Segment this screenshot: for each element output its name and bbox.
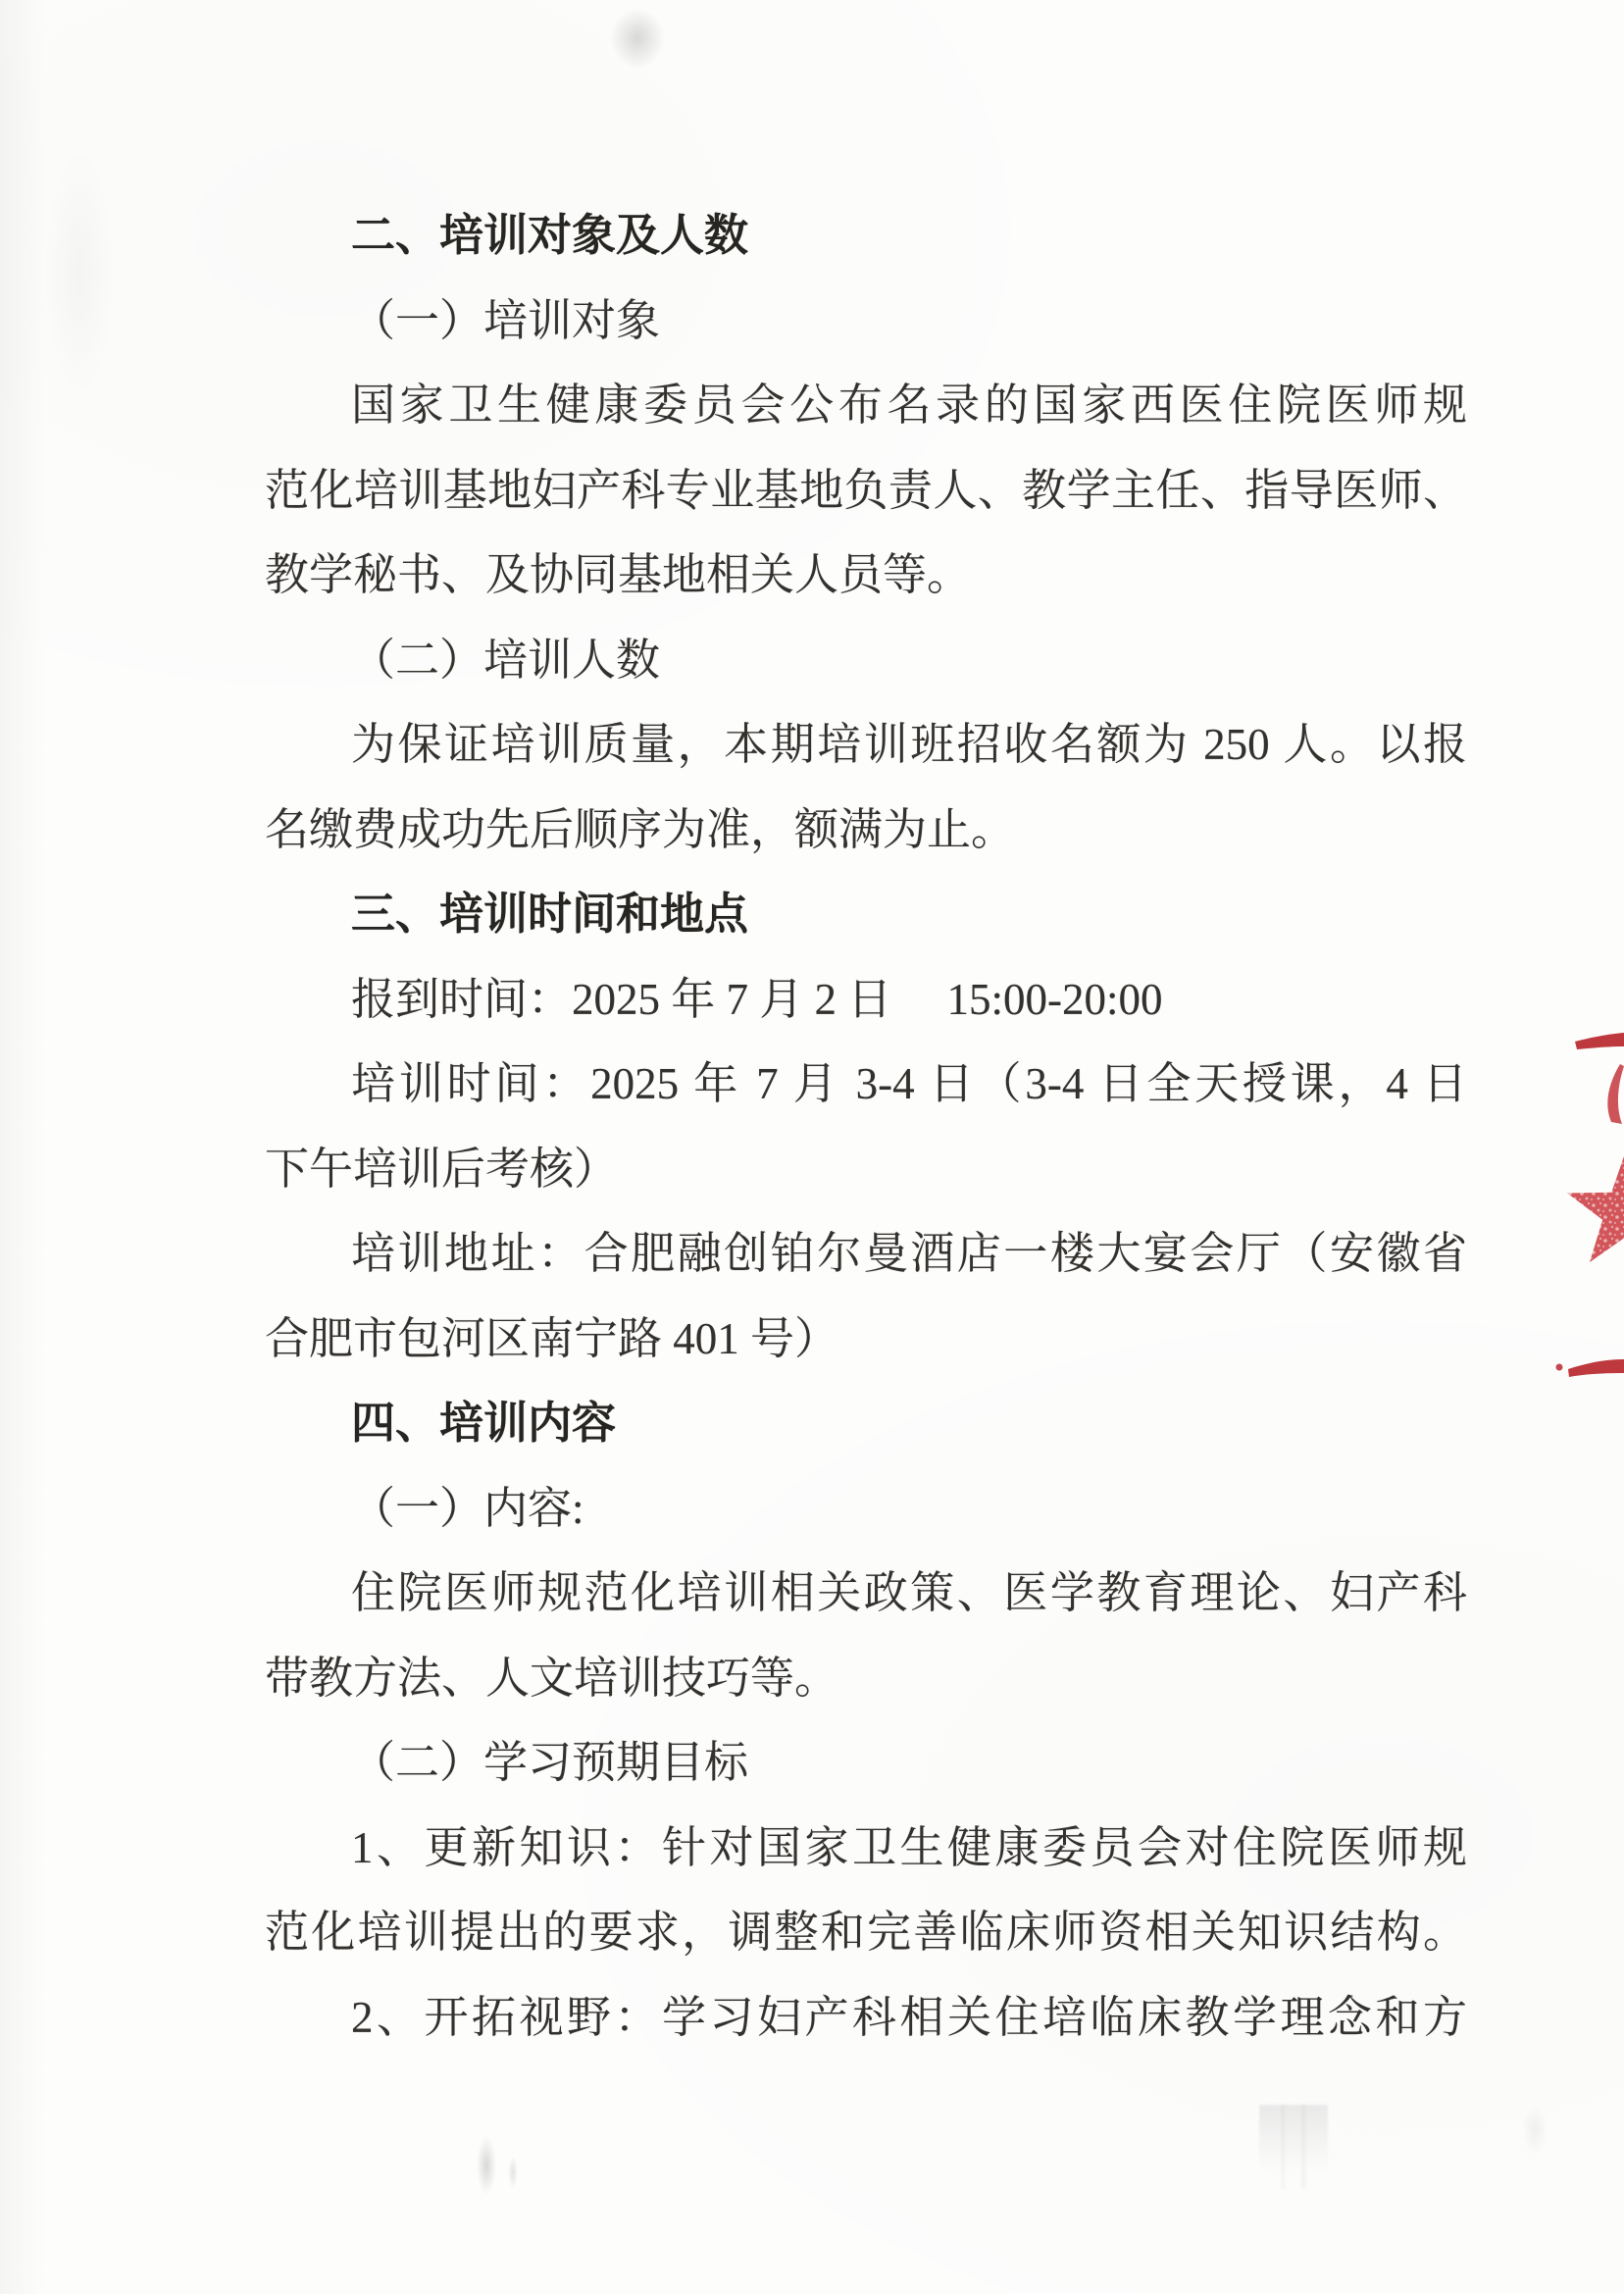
stamp-bottom-bar (1568, 1359, 1624, 1377)
doc-line: 培训时间：2025 年 7 月 3-4 日（3-4 日全天授课，4 日 (265, 1042, 1467, 1127)
doc-line: 下午培训后考核） (265, 1127, 1467, 1212)
doc-line: 培训地址：合肥融创铂尔曼酒店一楼大宴会厅（安徽省 (265, 1211, 1467, 1297)
document-text-block: 二、培训对象及人数 （一）培训对象 国家卫生健康委员会公布名录的国家西医住院医师… (265, 193, 1467, 2060)
doc-line: 名缴费成功先后顺序为准，额满为止。 (265, 788, 1467, 873)
scan-smudge (45, 147, 114, 402)
doc-line: 带教方法、人文培训技巧等。 (265, 1636, 1467, 1721)
doc-line: 为保证培训质量，本期培训班招收名额为 250 人。以报 (265, 702, 1467, 788)
section-heading: 二、培训对象及人数 (265, 193, 1467, 279)
doc-line: 范化培训基地妇产科专业基地负责人、教学主任、指导医师、 (265, 448, 1467, 534)
doc-line: （一）培训对象 (265, 279, 1467, 364)
scan-smudge (1259, 2105, 1328, 2189)
scan-smudge (1522, 2105, 1548, 2156)
doc-line: 合肥市包河区南宁路 401 号） (265, 1297, 1467, 1382)
doc-line: （二）培训人数 (265, 618, 1467, 703)
scan-smudge (508, 2156, 518, 2189)
doc-line: 范化培训提出的要求，调整和完善临床师资相关知识结构。 (265, 1890, 1467, 1975)
doc-line: （一）内容: (265, 1466, 1467, 1552)
section-heading: 三、培训时间和地点 (265, 872, 1467, 957)
stamp-star (1567, 1150, 1624, 1262)
doc-line: 教学秘书、及协同基地相关人员等。 (265, 533, 1467, 618)
doc-line: 2、开拓视野：学习妇产科相关住培临床教学理念和方 (265, 1975, 1467, 2061)
doc-line: 报到时间：2025 年 7 月 2 日 15:00-20:00 (265, 957, 1467, 1043)
doc-line: 1、更新知识：针对国家卫生健康委员会对住院医师规 (265, 1806, 1467, 1891)
stamp-dot (1556, 1364, 1563, 1371)
stamp-top-bar (1575, 1033, 1624, 1049)
scan-edge-shading (0, 0, 45, 2294)
stamp-curved-stroke (1607, 1064, 1624, 1124)
scan-smudge (610, 8, 665, 69)
section-heading: 四、培训内容 (265, 1381, 1467, 1466)
doc-line: （二）学习预期目标 (265, 1720, 1467, 1806)
scan-smudge (477, 2136, 496, 2195)
red-seal-stamp-fragment (1555, 1025, 1624, 1383)
doc-line: 国家卫生健康委员会公布名录的国家西医住院医师规 (265, 363, 1467, 448)
doc-line: 住院医师规范化培训相关政策、医学教育理论、妇产科 (265, 1551, 1467, 1636)
document-page: 二、培训对象及人数 （一）培训对象 国家卫生健康委员会公布名录的国家西医住院医师… (0, 0, 1624, 2294)
